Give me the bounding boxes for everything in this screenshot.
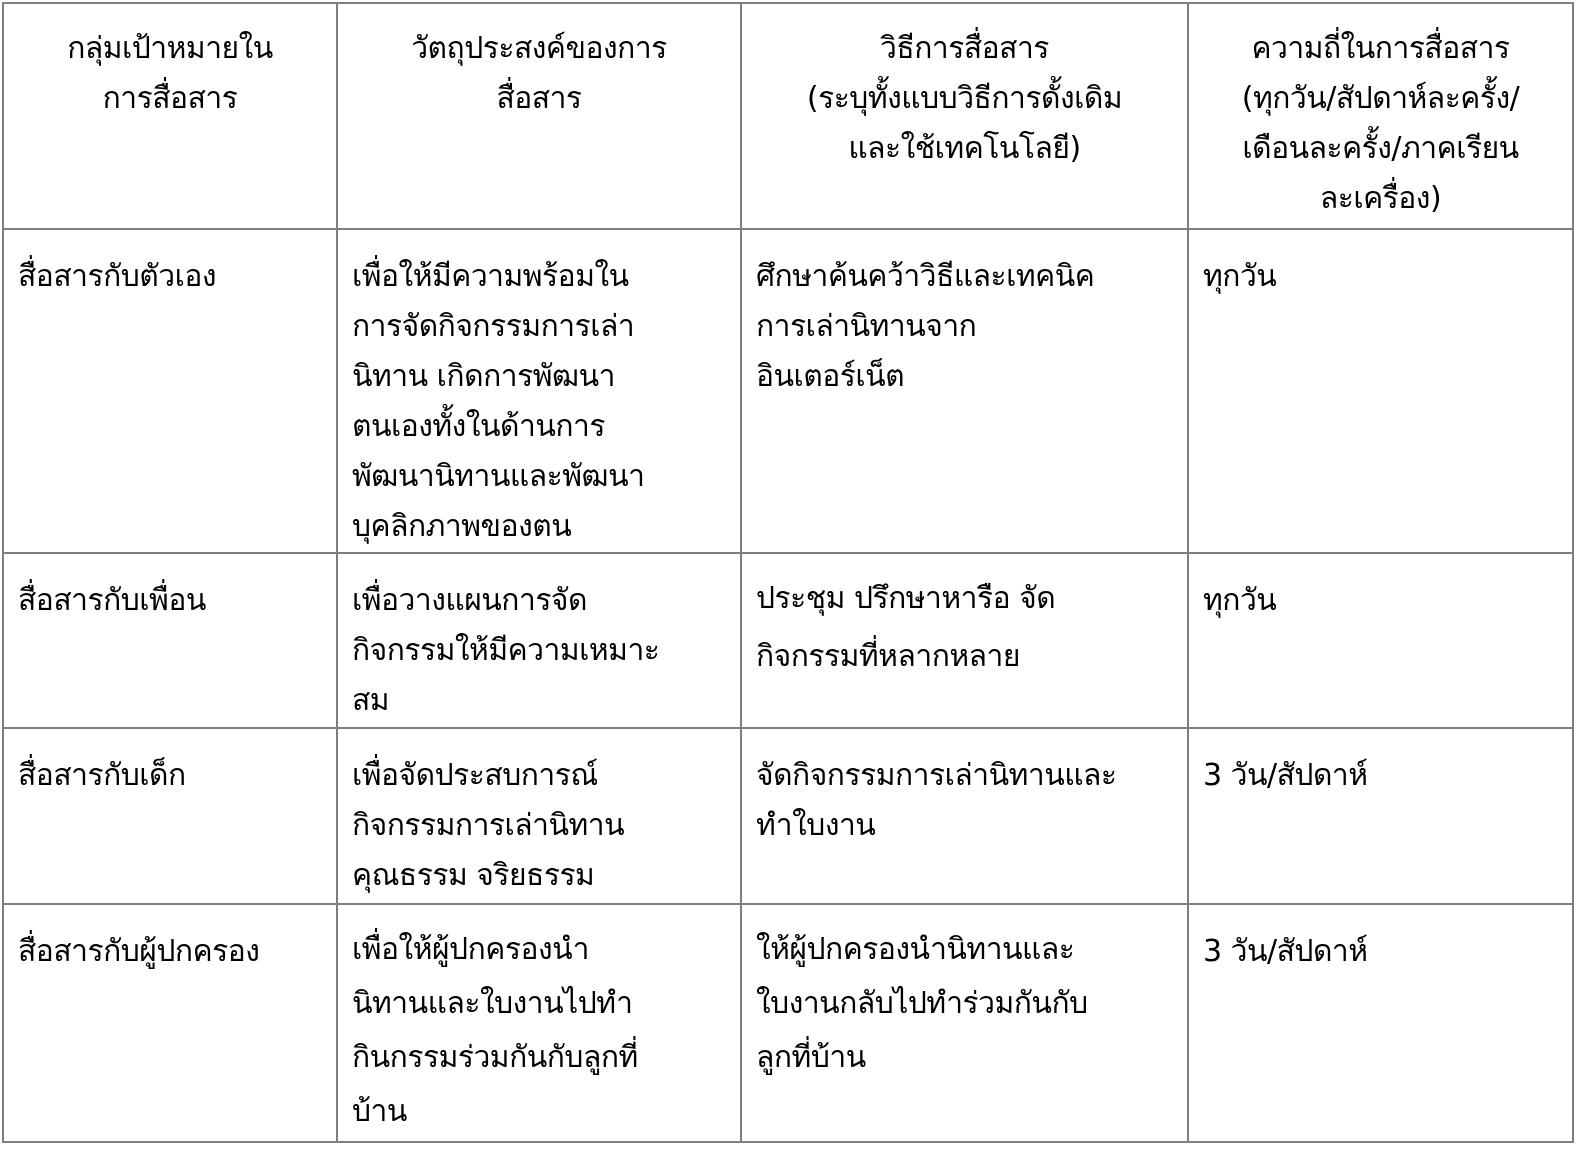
- table-row: สื่อสารกับเด็ก เพื่อจัดประสบการณ์ กิจกรร…: [3, 728, 1573, 904]
- cell-method: จัดกิจกรรมการเล่านิทานและ ทำใบงาน: [741, 728, 1188, 904]
- frequency-text: ทุกวัน: [1189, 554, 1572, 626]
- cell-target-group: สื่อสารกับเพื่อน: [3, 553, 337, 728]
- header-target-group-label: กลุ่มเป้าหมายใน การสื่อสาร: [4, 4, 336, 124]
- cell-method: ให้ผู้ปกครองนำนิทานและ ใบงานกลับไปทำร่วม…: [741, 904, 1188, 1142]
- objective-text: เพื่อให้มีความพร้อมใน การจัดกิจกรรมการเล…: [338, 230, 740, 552]
- communication-plan-table: กลุ่มเป้าหมายใน การสื่อสาร วัตถุประสงค์ข…: [2, 2, 1574, 1143]
- cell-target-group: สื่อสารกับตัวเอง: [3, 229, 337, 553]
- target-group-text: สื่อสารกับเด็ก: [4, 729, 336, 801]
- header-objective: วัตถุประสงค์ของการ สื่อสาร: [337, 3, 741, 229]
- frequency-text: ทุกวัน: [1189, 230, 1572, 302]
- objective-text: เพื่อวางแผนการจัด กิจกรรมให้มีความเหมาะ …: [338, 554, 740, 726]
- table-header-row: กลุ่มเป้าหมายใน การสื่อสาร วัตถุประสงค์ข…: [3, 3, 1573, 229]
- method-text: ประชุม ปรึกษาหารือ จัด กิจกรรมที่หลากหลา…: [742, 554, 1187, 686]
- header-method-label: วิธีการสื่อสาร (ระบุทั้งแบบวิธีการดั้งเด…: [742, 4, 1187, 174]
- method-text: จัดกิจกรรมการเล่านิทานและ ทำใบงาน: [742, 729, 1187, 851]
- header-method: วิธีการสื่อสาร (ระบุทั้งแบบวิธีการดั้งเด…: [741, 3, 1188, 229]
- cell-target-group: สื่อสารกับเด็ก: [3, 728, 337, 904]
- frequency-text: 3 วัน/สัปดาห์: [1189, 905, 1572, 977]
- header-frequency-label: ความถี่ในการสื่อสาร (ทุกวัน/สัปดาห์ละครั…: [1189, 4, 1572, 224]
- target-group-text: สื่อสารกับผู้ปกครอง: [4, 905, 336, 977]
- target-group-text: สื่อสารกับตัวเอง: [4, 230, 336, 302]
- header-objective-label: วัตถุประสงค์ของการ สื่อสาร: [338, 4, 740, 124]
- cell-objective: เพื่อวางแผนการจัด กิจกรรมให้มีความเหมาะ …: [337, 553, 741, 728]
- cell-frequency: 3 วัน/สัปดาห์: [1188, 728, 1573, 904]
- objective-text: เพื่อจัดประสบการณ์ กิจกรรมการเล่านิทาน ค…: [338, 729, 740, 901]
- objective-text: เพื่อให้ผู้ปกครองนำ นิทานและใบงานไปทำ กิ…: [338, 905, 740, 1139]
- cell-method: ประชุม ปรึกษาหารือ จัด กิจกรรมที่หลากหลา…: [741, 553, 1188, 728]
- cell-frequency: 3 วัน/สัปดาห์: [1188, 904, 1573, 1142]
- frequency-text: 3 วัน/สัปดาห์: [1189, 729, 1572, 801]
- table-row: สื่อสารกับเพื่อน เพื่อวางแผนการจัด กิจกร…: [3, 553, 1573, 728]
- method-text: ศึกษาค้นคว้าวิธีและเทคนิค การเล่านิทานจา…: [742, 230, 1187, 402]
- table-row: สื่อสารกับผู้ปกครอง เพื่อให้ผู้ปกครองนำ …: [3, 904, 1573, 1142]
- cell-frequency: ทุกวัน: [1188, 229, 1573, 553]
- cell-method: ศึกษาค้นคว้าวิธีและเทคนิค การเล่านิทานจา…: [741, 229, 1188, 553]
- table-row: สื่อสารกับตัวเอง เพื่อให้มีความพร้อมใน ก…: [3, 229, 1573, 553]
- target-group-text: สื่อสารกับเพื่อน: [4, 554, 336, 626]
- cell-objective: เพื่อให้มีความพร้อมใน การจัดกิจกรรมการเล…: [337, 229, 741, 553]
- header-target-group: กลุ่มเป้าหมายใน การสื่อสาร: [3, 3, 337, 229]
- method-text: ให้ผู้ปกครองนำนิทานและ ใบงานกลับไปทำร่วม…: [742, 905, 1187, 1085]
- cell-target-group: สื่อสารกับผู้ปกครอง: [3, 904, 337, 1142]
- cell-objective: เพื่อจัดประสบการณ์ กิจกรรมการเล่านิทาน ค…: [337, 728, 741, 904]
- cell-frequency: ทุกวัน: [1188, 553, 1573, 728]
- header-frequency: ความถี่ในการสื่อสาร (ทุกวัน/สัปดาห์ละครั…: [1188, 3, 1573, 229]
- cell-objective: เพื่อให้ผู้ปกครองนำ นิทานและใบงานไปทำ กิ…: [337, 904, 741, 1142]
